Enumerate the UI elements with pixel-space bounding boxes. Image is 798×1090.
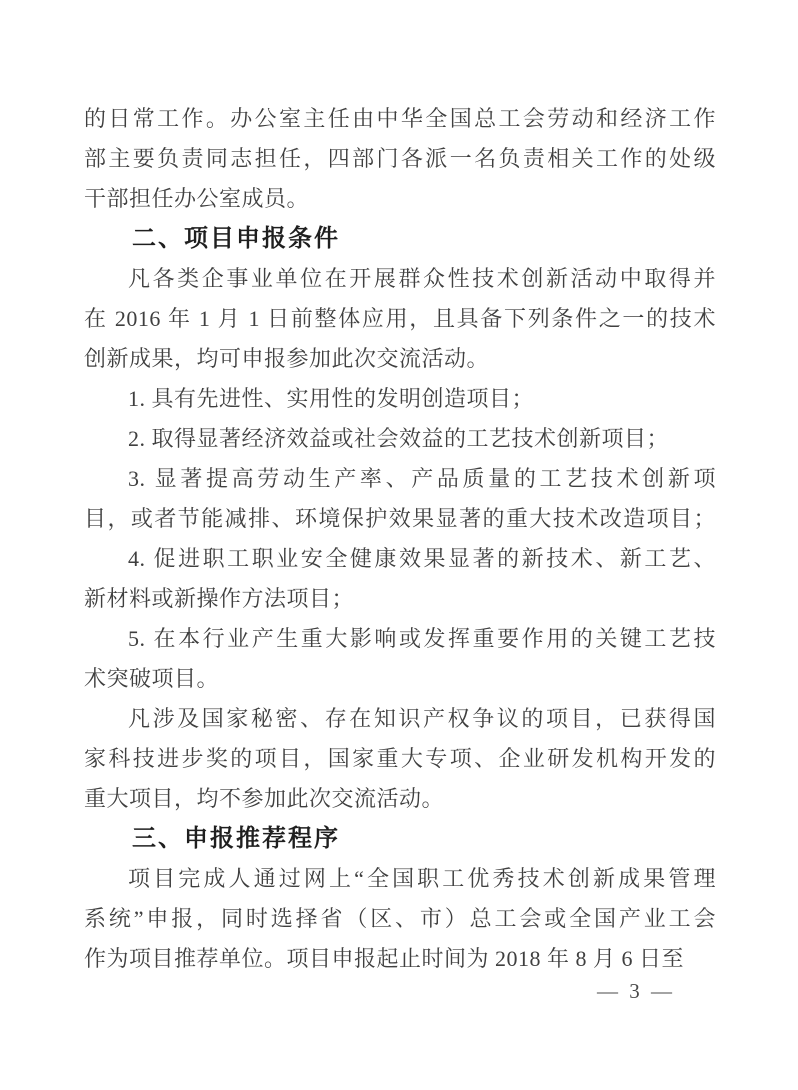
text-line: 2. 取得显著经济效益或社会效益的工艺技术创新项目； xyxy=(84,419,716,459)
text-line: 在 2016 年 1 月 1 日前整体应用，且具备下列条件之一的技术 xyxy=(84,299,716,339)
text-line: 4. 促进职工职业安全健康效果显著的新技术、新工艺、 xyxy=(84,539,716,579)
text-line: 部主要负责同志担任，四部门各派一名负责相关工作的处级 xyxy=(84,139,716,179)
text-line: 新材料或新操作方法项目； xyxy=(84,579,716,619)
text-line: 系统”申报，同时选择省（区、市）总工会或全国产业工会 xyxy=(84,899,716,939)
text-line: 干部担任办公室成员。 xyxy=(84,179,716,219)
text-line: 重大项目，均不参加此次交流活动。 xyxy=(84,779,716,819)
text-line: 作为项目推荐单位。项目申报起止时间为 2018 年 8 月 6 日至 xyxy=(84,939,716,979)
paragraph-exclusions: 凡涉及国家秘密、存在知识产权争议的项目，已获得国 家科技进步奖的项目，国家重大专… xyxy=(84,699,716,819)
paragraph-office-members: 的日常工作。办公室主任由中华全国总工会劳动和经济工作 部主要负责同志担任，四部门… xyxy=(84,99,716,219)
text-line: 1. 具有先进性、实用性的发明创造项目； xyxy=(84,379,716,419)
text-line: 项目完成人通过网上“全国职工优秀技术创新成果管理 xyxy=(84,859,716,899)
page-number: — 3 — xyxy=(576,976,696,1006)
section-heading-2: 二、项目申报条件 xyxy=(84,219,716,259)
heading-text: 二、项目申报条件 xyxy=(84,219,716,259)
list-item-4: 4. 促进职工职业安全健康效果显著的新技术、新工艺、 新材料或新操作方法项目； xyxy=(84,539,716,619)
text-line: 目，或者节能减排、环境保护效果显著的重大技术改造项目； xyxy=(84,499,716,539)
text-line: 的日常工作。办公室主任由中华全国总工会劳动和经济工作 xyxy=(84,99,716,139)
text-line: 家科技进步奖的项目，国家重大专项、企业研发机构开发的 xyxy=(84,739,716,779)
section-heading-3: 三、申报推荐程序 xyxy=(84,819,716,859)
document-page: { "page": { "background_color": "#ffffff… xyxy=(0,0,798,1090)
text-line: 术突破项目。 xyxy=(84,659,716,699)
list-item-3: 3. 显著提高劳动生产率、产品质量的工艺技术创新项 目，或者节能减排、环境保护效… xyxy=(84,459,716,539)
text-line: 凡各类企事业单位在开展群众性技术创新活动中取得并 xyxy=(84,259,716,299)
document-text-body: 的日常工作。办公室主任由中华全国总工会劳动和经济工作 部主要负责同志担任，四部门… xyxy=(84,99,716,979)
paragraph-recommendation-procedure: 项目完成人通过网上“全国职工优秀技术创新成果管理 系统”申报，同时选择省（区、市… xyxy=(84,859,716,979)
text-line: 3. 显著提高劳动生产率、产品质量的工艺技术创新项 xyxy=(84,459,716,499)
text-line: 凡涉及国家秘密、存在知识产权争议的项目，已获得国 xyxy=(84,699,716,739)
list-item-2: 2. 取得显著经济效益或社会效益的工艺技术创新项目； xyxy=(84,419,716,459)
text-line: 5. 在本行业产生重大影响或发挥重要作用的关键工艺技 xyxy=(84,619,716,659)
list-item-1: 1. 具有先进性、实用性的发明创造项目； xyxy=(84,379,716,419)
text-line: 创新成果，均可申报参加此次交流活动。 xyxy=(84,339,716,379)
heading-text: 三、申报推荐程序 xyxy=(84,819,716,859)
paragraph-application-conditions: 凡各类企事业单位在开展群众性技术创新活动中取得并 在 2016 年 1 月 1 … xyxy=(84,259,716,379)
list-item-5: 5. 在本行业产生重大影响或发挥重要作用的关键工艺技 术突破项目。 xyxy=(84,619,716,699)
